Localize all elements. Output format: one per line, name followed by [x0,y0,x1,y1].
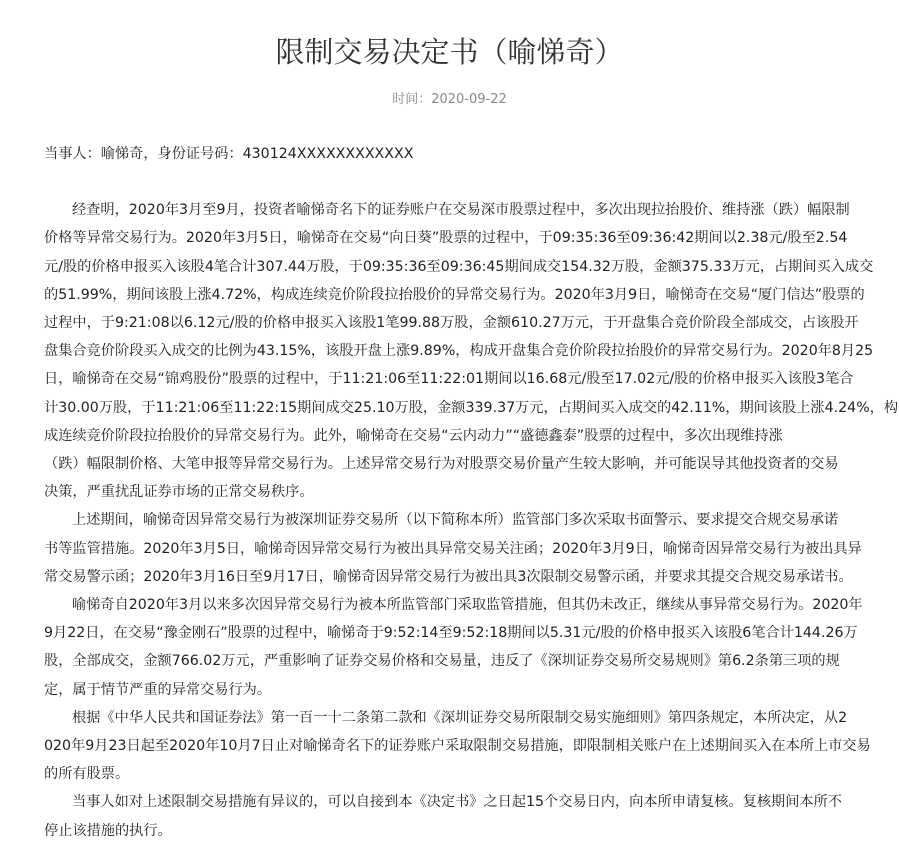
text-line: 书等监管措施。2020年3月5日，喻悌奇因异常交易行为被出具异常交易关注函；20… [44,535,844,563]
text-line: 价格等异常交易行为。2020年3月5日，喻悌奇在交易“向日葵”股票的过程中，于0… [44,224,844,252]
text-line: 9月22日，在交易“豫金刚石”股票的过程中，喻悌奇于9:52:14至9:52:1… [44,619,844,647]
document-body: 当事人：喻悌奇，身份证号码：430124XXXXXXXXXXXX 经查明，202… [44,140,844,844]
text-line: 经查明，2020年3月至9月，投资者喻悌奇名下的证券账户在交易深市股票过程中，多… [44,196,844,224]
text-line: 停止该措施的执行。 [44,817,844,844]
text-line: 决策，严重扰乱证券市场的正常交易秩序。 [44,478,844,506]
text-line: 成连续竞价阶段拉抬股价的异常交易行为。此外，喻悌奇在交易“云内动力”“盛德鑫泰”… [44,422,844,450]
text-line: 当事人如对上述限制交易措施有异议的，可以自接到本《决定书》之日起15个交易日内，… [44,788,844,816]
text-line: 元/股的价格申报买入该股4笔合计307.44万股，于09:35:36至09:36… [44,253,844,281]
text-line: 日，喻悌奇在交易“锦鸡股份”股票的过程中，于11:21:06至11:22:01期… [44,365,844,393]
text-line: 根据《中华人民共和国证券法》第一百一十二条第二款和《深圳证券交易所限制交易实施细… [44,704,844,732]
party-info: 当事人：喻悌奇，身份证号码：430124XXXXXXXXXXXX [44,140,844,168]
paragraph-appeal: 当事人如对上述限制交易措施有异议的，可以自接到本《决定书》之日起15个交易日内，… [44,788,844,844]
text-line: 股，全部成交，金额766.02万元，严重影响了证券交易价格和交易量，违反了《深圳… [44,647,844,675]
text-line: 喻悌奇自2020年3月以来多次因异常交易行为被本所监管部门采取监管措施，但其仍未… [44,591,844,619]
page-title: 限制交易决定书（喻悌奇） [0,30,899,74]
text-line: 过程中，于9:21:08以6.12元/股的价格申报买入该股1笔99.88万股，金… [44,309,844,337]
paragraph-violation: 喻悌奇自2020年3月以来多次因异常交易行为被本所监管部门采取监管措施，但其仍未… [44,591,844,704]
text-line: 定，属于情节严重的异常交易行为。 [44,676,844,704]
paragraph-findings: 经查明，2020年3月至9月，投资者喻悌奇名下的证券账户在交易深市股票过程中，多… [44,196,844,506]
paragraph-decision: 根据《中华人民共和国证券法》第一百一十二条第二款和《深圳证券交易所限制交易实施细… [44,704,844,789]
text-line: 的51.99%，期间该股上涨4.72%，构成连续竞价阶段拉抬股价的异常交易行为。… [44,281,844,309]
text-line: 的所有股票。 [44,760,844,788]
text-line: 计30.00万股，于11:21:06至11:22:15期间成交25.10万股，金… [44,394,844,422]
publish-date: 时间：2020-09-22 [0,90,899,110]
paragraph-prior-measures: 上述期间，喻悌奇因异常交易行为被深圳证券交易所（以下简称本所）监管部门多次采取书… [44,506,844,591]
text-line: 020年9月23日起至2020年10月7日止对喻悌奇名下的证券账户采取限制交易措… [44,732,844,760]
text-line: 常交易警示函；2020年3月16日至9月17日，喻悌奇因异常交易行为被出具3次限… [44,563,844,591]
text-line: （跌）幅限制价格、大笔申报等异常交易行为。上述异常交易行为对股票交易价量产生较大… [44,450,844,478]
text-line: 盘集合竞价阶段买入成交的比例为43.15%，该股开盘上涨9.89%，构成开盘集合… [44,337,844,365]
text-line: 上述期间，喻悌奇因异常交易行为被深圳证券交易所（以下简称本所）监管部门多次采取书… [44,506,844,534]
